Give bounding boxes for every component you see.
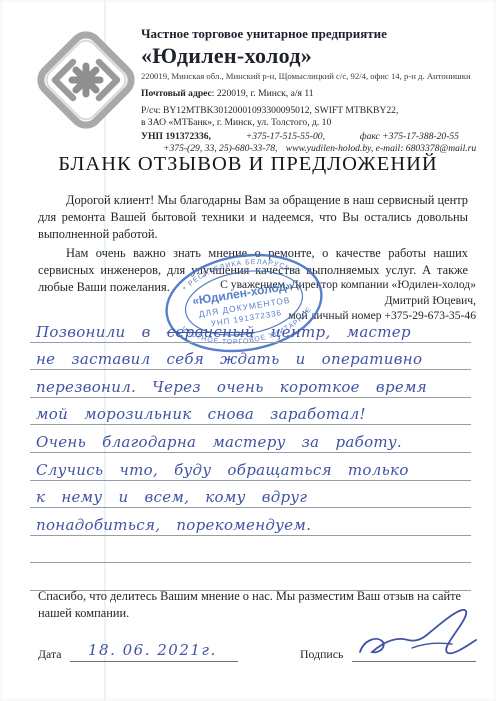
date-signature-row: Дата 18. 06. 2021г. Подпись <box>38 630 476 670</box>
contacts-row: +375-(29, 33, 25)-680-33-78, www.yudilen… <box>163 143 491 154</box>
form-title: БЛАНК ОТЗЫВОВ И ПРЕДЛОЖЕНИЙ <box>0 153 496 176</box>
review-line-empty <box>30 563 471 591</box>
org-type: Частное торговое унитарное предприятие <box>141 26 491 42</box>
signature-field <box>352 631 476 662</box>
struck-word: сервисный <box>167 323 255 341</box>
date-label: Дата <box>38 647 62 662</box>
handwriting-text: понадобиться, порекомендуем. <box>36 516 311 534</box>
review-line: к нему и всем, кому вдруг <box>30 481 471 509</box>
company-logo <box>26 20 144 138</box>
review-line: Случись что, буду обращаться только <box>30 453 471 481</box>
unp-phone-row: УНП 191372336, +375-17-515-55-00, факс +… <box>141 131 459 142</box>
bank-name: в ЗАО «МТБанк», г. Минск, ул. Толстого, … <box>141 117 491 128</box>
handwriting-segment: центр, мастер <box>255 323 411 341</box>
snowflake-center <box>81 75 92 86</box>
unp-number: УНП 191372336, <box>141 131 211 142</box>
bank-account: Р/сч: BY12MTBK30120001093300095012, SWIF… <box>141 105 491 116</box>
letterhead: Частное торговое унитарное предприятие «… <box>141 26 491 154</box>
intro-paragraph: Дорогой клиент! Мы благодарны Вам за обр… <box>38 192 468 243</box>
handwriting-text: Случись что, буду обращаться только <box>36 461 409 479</box>
handwriting-text: мой морозильник снова заработал! <box>36 405 366 423</box>
handwriting-text: перезвонил. Через очень короткое время <box>36 378 427 396</box>
signoff-line2: Дмитрий Юцевич, <box>166 293 476 309</box>
review-line-empty <box>30 536 471 564</box>
review-line: не заставил себя ждать и оперативно <box>30 343 471 371</box>
postal-value: : 220019, г. Минск, а/я 11 <box>212 88 314 99</box>
handwriting-text: Позвонили в сервисный центр, мастер <box>36 323 411 341</box>
org-name: «Юдилен-холод» <box>141 43 491 69</box>
handwriting-segment: Позвонили в <box>36 323 167 341</box>
review-line: перезвонил. Через очень короткое время <box>30 370 471 398</box>
date-field: 18. 06. 2021г. <box>70 631 238 662</box>
handwritten-date: 18. 06. 2021г. <box>88 641 217 659</box>
signature-label: Подпись <box>300 647 343 662</box>
bank-details: Р/сч: BY12MTBK30120001093300095012, SWIF… <box>141 105 491 129</box>
handwriting-text: Очень благодарна мастеру за работу. <box>36 433 402 451</box>
org-address: 220019, Минская обл., Минский р-н, Щомыс… <box>141 71 491 81</box>
handwritten-review: Позвонили в сервисный центр, мастер не з… <box>30 315 471 591</box>
postal-address: Почтовый адрес: 220019, г. Минск, а/я 11 <box>141 88 491 99</box>
mobile-numbers: +375-(29, 33, 25)-680-33-78, <box>163 143 277 154</box>
phone-number: +375-17-515-55-00, <box>246 131 325 142</box>
handwritten-signature <box>356 608 484 666</box>
handwriting-text: к нему и всем, кому вдруг <box>36 488 307 506</box>
review-line: понадобиться, порекомендуем. <box>30 508 471 536</box>
review-line: Очень благодарна мастеру за работу. <box>30 425 471 453</box>
postal-label: Почтовый адрес <box>141 88 212 99</box>
review-line: мой морозильник снова заработал! <box>30 398 471 426</box>
fax-number: факс +375-17-388-20-55 <box>360 131 459 142</box>
review-line: Позвонили в сервисный центр, мастер <box>30 315 471 343</box>
signoff-line1: С уважением, Директор компании «Юдилен-х… <box>166 277 476 293</box>
site-and-email: www.yudilen-holod.by, e-mail: 6803378@ma… <box>286 143 476 154</box>
handwriting-text: не заставил себя ждать и оперативно <box>36 350 422 368</box>
scanned-feedback-form: Частное торговое унитарное предприятие «… <box>0 0 496 701</box>
